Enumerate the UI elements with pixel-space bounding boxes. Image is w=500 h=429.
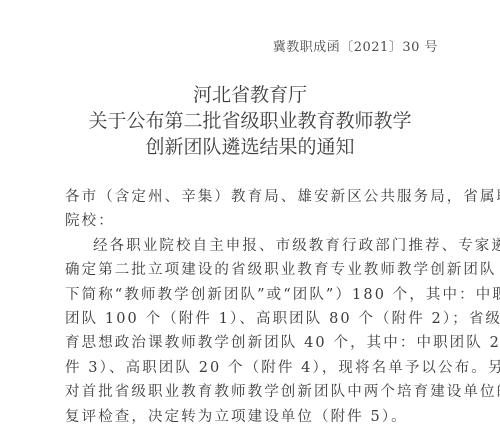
paragraph-line: 下简称“教师教学创新团队”或“团队”）180 个，其中：中职: [65, 283, 441, 307]
paragraph-line: 育思想政治课教师教学创新团队 40 个，其中：中职团队 20 个（附: [65, 331, 441, 355]
title-line-3: 创新团队遴选结果的通知: [0, 134, 500, 160]
document-title: 河北省教育厅 关于公布第二批省级职业教育教师教学 创新团队遴选结果的通知: [0, 82, 500, 160]
paragraph-line: 确定第二批立项建设的省级职业教育专业教师教学创新团队（以: [65, 258, 441, 282]
salutation-line-2: 院校：: [65, 209, 441, 233]
document-number: 冀教职成函〔2021〕30 号: [273, 36, 438, 55]
document-body: 各市（含定州、辛集）教育局、雄安新区公共服务局，省属职业 院校： 经各职业院校自…: [65, 185, 441, 429]
salutation-line-1: 各市（含定州、辛集）教育局、雄安新区公共服务局，省属职业: [65, 185, 441, 209]
paragraph-line: 团队 100 个（附件 1）、高职团队 80 个（附件 2）；省级职业教: [65, 307, 441, 331]
paragraph-line: 对首批省级职业教育教师教学创新团队中两个培育建设单位的: [65, 380, 441, 404]
title-issuer: 河北省教育厅: [0, 82, 500, 108]
paragraph-line: 复评检查，决定转为立项建设单位（附件 5）。: [65, 405, 441, 429]
paragraph-line: 经各职业院校自主申报、市级教育行政部门推荐、专家遴选，: [65, 234, 441, 258]
paragraph-line: 件 3）、高职团队 20 个（附件 4），现将名单予以公布。另通过: [65, 356, 441, 380]
title-line-2: 关于公布第二批省级职业教育教师教学: [0, 108, 500, 134]
